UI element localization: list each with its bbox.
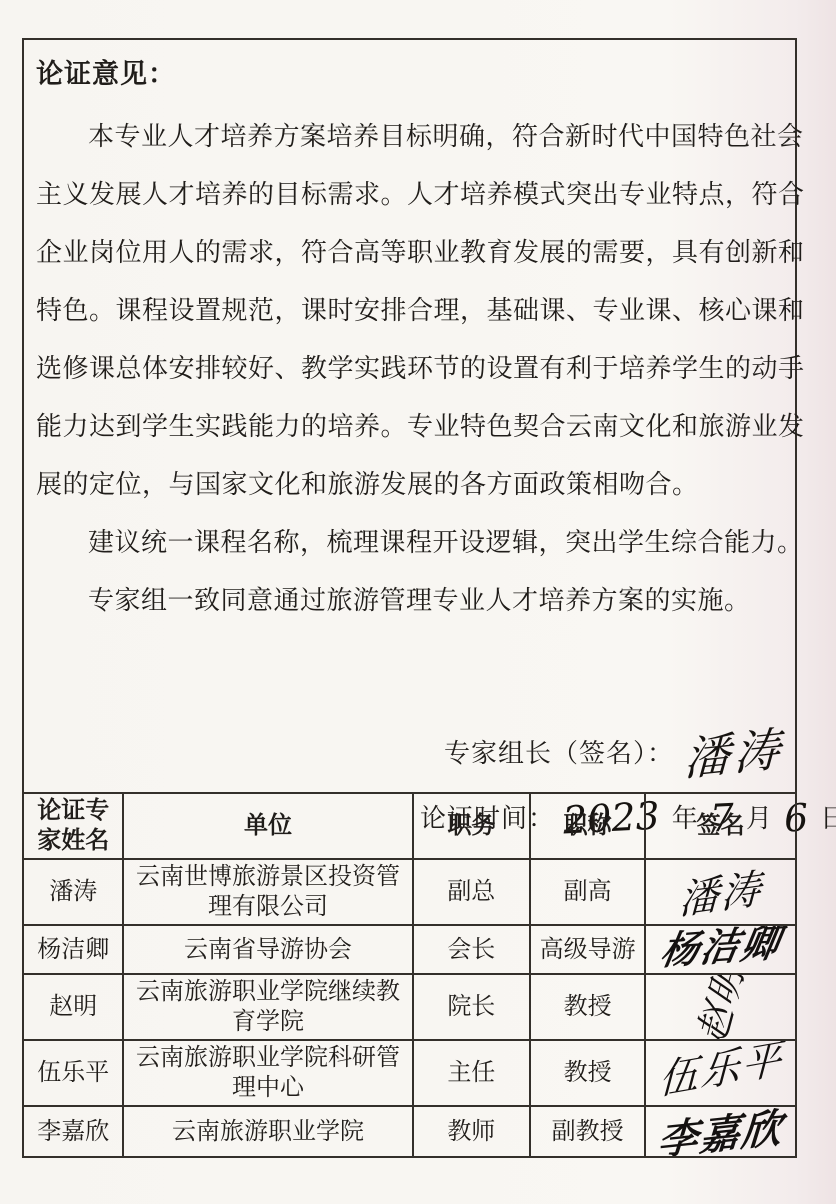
- header-position: 职务: [413, 793, 530, 859]
- expert-title-cell: 高级导游: [530, 925, 645, 974]
- header-signature: 签名: [645, 793, 796, 859]
- expert-title-cell: 副高: [530, 859, 645, 925]
- handwritten-signature: 潘涛: [678, 874, 762, 916]
- expert-title-cell: 教授: [530, 974, 645, 1040]
- opinion-form-border-box: 论证意见： 本专业人才培养方案培养目标明确，符合新时代中国特色社会 主义发展人才…: [22, 38, 797, 1158]
- header-organization: 单位: [123, 793, 412, 859]
- table-row: 赵明 云南旅游职业学院继续教育学院 院长 教授 赵明: [23, 974, 796, 1040]
- expert-signature-cell: 李嘉欣: [645, 1106, 796, 1157]
- expert-title-cell: 教授: [530, 1040, 645, 1106]
- opinion-line: 特色。课程设置规范，课时安排合理，基础课、专业课、核心课和: [36, 282, 787, 340]
- expert-signature-cell: 赵明: [645, 974, 796, 1040]
- expert-name-cell: 潘涛: [23, 859, 123, 925]
- leader-signature-label: 专家组长（签名）：: [444, 739, 674, 768]
- header-title: 职称: [530, 793, 645, 859]
- expert-name-cell: 李嘉欣: [23, 1106, 123, 1157]
- opinion-line: 建议统一课程名称，梳理课程开设逻辑，突出学生综合能力。: [36, 514, 787, 572]
- handwritten-signature: 杨洁卿: [658, 927, 783, 966]
- expert-name-cell: 伍乐平: [23, 1040, 123, 1106]
- expert-signature-cell: 伍乐平: [645, 1040, 796, 1106]
- opinion-line: 本专业人才培养方案培养目标明确，符合新时代中国特色社会: [36, 108, 787, 166]
- day-unit-label: 日: [820, 804, 836, 833]
- header-expert-name: 论证专家姓名: [23, 793, 123, 859]
- opinion-title: 论证意见：: [36, 54, 787, 94]
- expert-position-cell: 会长: [413, 925, 530, 974]
- opinion-line: 展的定位，与国家文化和旅游发展的各方面政策相吻合。: [36, 456, 787, 514]
- opinion-line: 选修课总体安排较好、教学实践环节的设置有利于培养学生的动手: [36, 340, 787, 398]
- expert-position-cell: 教师: [413, 1106, 530, 1157]
- expert-position-cell: 院长: [413, 974, 530, 1040]
- leader-signature-row: 专家组长（签名）：潘涛: [444, 718, 784, 784]
- expert-org-cell: 云南旅游职业学院科研管理中心: [123, 1040, 412, 1106]
- expert-position-cell: 副总: [413, 859, 530, 925]
- handwritten-signature: 伍乐平: [658, 1044, 783, 1097]
- leader-handwritten-signature: 潘涛: [683, 712, 785, 789]
- expert-org-cell: 云南世博旅游景区投资管理有限公司: [123, 859, 412, 925]
- table-row: 杨洁卿 云南省导游协会 会长 高级导游 杨洁卿: [23, 925, 796, 974]
- scanned-document-page: 论证意见： 本专业人才培养方案培养目标明确，符合新时代中国特色社会 主义发展人才…: [0, 0, 836, 1204]
- opinion-line: 能力达到学生实践能力的培养。专业特色契合云南文化和旅游业发: [36, 398, 787, 456]
- opinion-line: 企业岗位用人的需求，符合高等职业教育发展的需要，具有创新和: [36, 224, 787, 282]
- table-row: 伍乐平 云南旅游职业学院科研管理中心 主任 教授 伍乐平: [23, 1040, 796, 1106]
- expert-org-cell: 云南旅游职业学院: [123, 1106, 412, 1157]
- handwritten-signature: 李嘉欣: [656, 1113, 783, 1157]
- expert-signature-cell: 潘涛: [645, 859, 796, 925]
- expert-name-cell: 赵明: [23, 974, 123, 1040]
- experts-table-header-row: 论证专家姓名 单位 职务 职称 签名: [23, 793, 796, 859]
- opinion-line: 主义发展人才培养的目标需求。人才培养模式突出专业特点，符合: [36, 166, 787, 224]
- expert-org-cell: 云南旅游职业学院继续教育学院: [123, 974, 412, 1040]
- handwritten-signature: 赵明: [696, 974, 745, 1040]
- expert-org-cell: 云南省导游协会: [123, 925, 412, 974]
- expert-signature-cell: 杨洁卿: [645, 925, 796, 974]
- opinion-line: 专家组一致同意通过旅游管理专业人才培养方案的实施。: [36, 572, 787, 630]
- opinion-body: 本专业人才培养方案培养目标明确，符合新时代中国特色社会 主义发展人才培养的目标需…: [36, 108, 787, 630]
- expert-position-cell: 主任: [413, 1040, 530, 1106]
- experts-table: 论证专家姓名 单位 职务 职称 签名 潘涛 云南世博旅游景区投资管理有限公司 副…: [22, 792, 797, 1158]
- expert-name-cell: 杨洁卿: [23, 925, 123, 974]
- table-row: 李嘉欣 云南旅游职业学院 教师 副教授 李嘉欣: [23, 1106, 796, 1157]
- opinion-section: 论证意见： 本专业人才培养方案培养目标明确，符合新时代中国特色社会 主义发展人才…: [24, 54, 795, 842]
- expert-title-cell: 副教授: [530, 1106, 645, 1157]
- table-row: 潘涛 云南世博旅游景区投资管理有限公司 副总 副高 潘涛: [23, 859, 796, 925]
